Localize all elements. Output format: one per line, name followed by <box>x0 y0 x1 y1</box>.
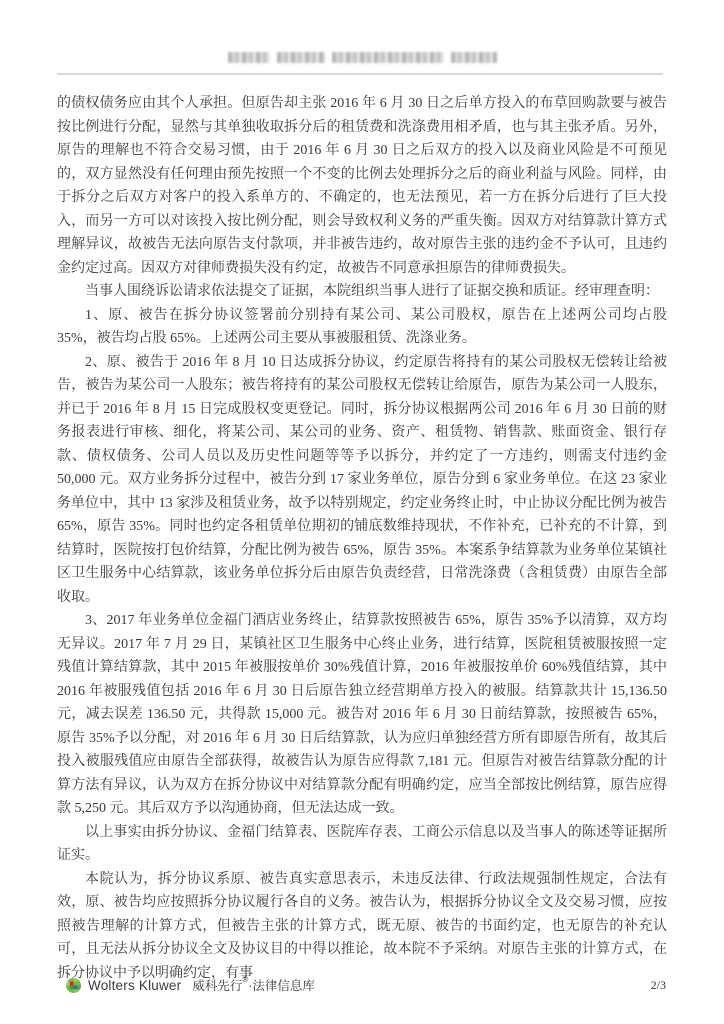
redacted-document-title <box>228 52 497 64</box>
redacted-text-block <box>228 52 270 63</box>
paragraph-continuation: 的债权债务应由其个人承担。但原告却主张 2016 年 6 月 30 日之后单方投… <box>57 92 667 280</box>
document-footer: Wolters Kluwer 威科先行®·法律信息库 2/3 <box>66 976 666 994</box>
document-header <box>0 50 724 68</box>
brand-lockup: Wolters Kluwer 威科先行®·法律信息库 <box>66 976 315 994</box>
paragraph-fact-2: 2、原、被告于 2016 年 8 月 10 日达成拆分协议，约定原告将持有的某公… <box>57 351 667 610</box>
paragraph-evidence-summary: 以上事实由拆分协议、金福门结算表、医院库存表、工商公示信息以及当事人的陈述等证据… <box>57 821 667 868</box>
page-indicator: 2/3 <box>651 978 666 993</box>
redacted-text-block <box>332 52 444 63</box>
paragraph-fact-3: 3、2017 年业务单位金福门酒店业务终止，结算款按照被告 65%，原告 35%… <box>57 609 667 821</box>
paragraph-fact-1: 1、原、被告在拆分协议签署前分别持有某公司、某公司股权，原告在上述两公司均占股 … <box>57 304 667 351</box>
paragraph-court-opinion: 本院认为，拆分协议系原、被告真实意思表示，未违反法律、行政法规强制性规定，合法有… <box>57 868 667 986</box>
product-name: 威科先行®·法律信息库 <box>192 976 315 994</box>
document-page: 的债权债务应由其个人承担。但原告却主张 2016 年 6 月 30 日之后单方投… <box>0 0 724 1024</box>
redacted-text-block <box>277 52 325 63</box>
product-name-text: 威科先行 <box>192 979 242 993</box>
library-label: ·法律信息库 <box>248 979 315 993</box>
header-divider <box>57 73 663 75</box>
brand-name: Wolters Kluwer <box>88 978 181 993</box>
wolters-kluwer-logo-icon <box>66 978 81 993</box>
document-body: 的债权债务应由其个人承担。但原告却主张 2016 年 6 月 30 日之后单方投… <box>57 92 667 985</box>
paragraph-evidence-intro: 当事人围绕诉讼请求依法提交了证据，本院组织当事人进行了证据交换和质证。经审理查明… <box>57 280 667 304</box>
redacted-text-block <box>451 52 497 63</box>
